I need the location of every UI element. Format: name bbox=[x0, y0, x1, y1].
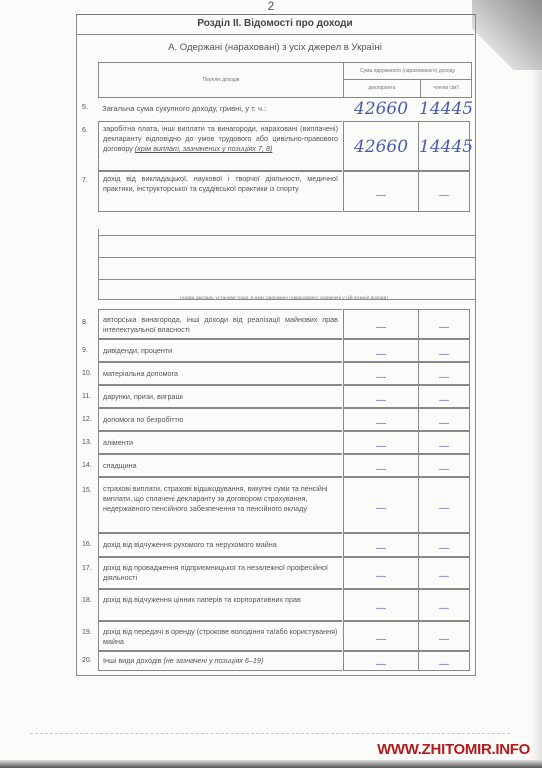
institution-blank-area bbox=[98, 229, 477, 299]
row-number: 20. bbox=[82, 657, 98, 664]
declarant-value: — bbox=[343, 171, 419, 212]
family-value: — bbox=[419, 651, 470, 671]
row-number: 14. bbox=[82, 462, 98, 469]
declarant-value: — bbox=[343, 309, 419, 339]
table-row: 18. дохід від відчуження цінних паперів … bbox=[82, 589, 470, 621]
row-label-note: (не зазначені у позиціях 6–19) bbox=[163, 656, 263, 665]
declarant-value: 42660 bbox=[343, 121, 419, 171]
row-number: 17. bbox=[82, 565, 98, 572]
header-income-sum: Сума одержаного (нарахованого) доходу bbox=[344, 63, 471, 80]
header-family: членів сім'ї bbox=[421, 80, 471, 97]
row-label: дохід від передачі в оренду (строкове во… bbox=[98, 621, 342, 651]
institution-note: (назва закладу, установи тощо, в яких од… bbox=[98, 296, 470, 301]
row-label: аліменти bbox=[98, 431, 342, 454]
declarant-value: — bbox=[343, 557, 419, 589]
table-row: 5. Загальна сума сукупного доходу, гривн… bbox=[82, 98, 470, 120]
row-number: 11. bbox=[82, 393, 98, 400]
subsection-title: А. Одержані (нараховані) з усіх джерел в… bbox=[76, 42, 474, 53]
site-watermark: WWW.ZHITOMIR.INFO bbox=[377, 741, 530, 758]
row-label: заробітна плата, інші виплати та винагор… bbox=[98, 121, 342, 171]
row-number: 10. bbox=[82, 370, 98, 377]
section-title: Розділ II. Відомості про доходи bbox=[76, 14, 474, 35]
row-label: дивіденди, проценти bbox=[98, 339, 342, 362]
table-row: 13. аліменти — — bbox=[82, 431, 470, 454]
family-value: — bbox=[419, 589, 470, 621]
declarant-value: 42660 bbox=[343, 98, 419, 120]
row-number: 12. bbox=[82, 416, 98, 423]
page-edge-shadow bbox=[530, 60, 542, 760]
row-number: 19. bbox=[82, 629, 98, 636]
declarant-value: — bbox=[343, 533, 419, 557]
row-label-text: Інші види доходів bbox=[103, 656, 161, 665]
header-declarant: декларанта bbox=[344, 80, 421, 97]
table-row: 19. дохід від передачі в оренду (строков… bbox=[82, 621, 470, 651]
scanned-document-page: 2 Розділ II. Відомості про доходи А. Оде… bbox=[0, 0, 542, 768]
table-row: 16. дохід від відчуження рухомого та нер… bbox=[82, 533, 470, 557]
family-value: — bbox=[419, 339, 470, 362]
declarant-value: — bbox=[343, 454, 419, 477]
table-row: 10. матеріальна допомога — — bbox=[82, 362, 470, 385]
table-row: 8. авторська винагорода, інші доходи від… bbox=[82, 309, 470, 339]
row-label: Загальна сума сукупного доходу, гривні, … bbox=[98, 98, 342, 120]
table-row: 7. дохід від викладацької, наукової і тв… bbox=[82, 171, 470, 212]
family-value: — bbox=[419, 309, 470, 339]
declarant-value: — bbox=[343, 477, 419, 533]
table-row: 17. дохід від провадження підприємницько… bbox=[82, 557, 470, 589]
table-row: 6. заробітна плата, інші виплати та вина… bbox=[82, 121, 470, 171]
row-number: 18. bbox=[82, 597, 98, 604]
table-row: 20. Інші види доходів (не зазначені у по… bbox=[82, 651, 470, 671]
family-value: — bbox=[419, 385, 470, 408]
declarant-value: — bbox=[343, 621, 419, 651]
row-label-note: (крім виплат, зазначених у позиціях 7, 8… bbox=[135, 144, 272, 153]
row-number: 5. bbox=[82, 104, 98, 111]
row-number: 15. bbox=[82, 487, 98, 494]
row-label: Інші види доходів (не зазначені у позиці… bbox=[98, 651, 342, 671]
family-value: — bbox=[419, 431, 470, 454]
family-value: — bbox=[419, 477, 470, 533]
family-value: — bbox=[419, 362, 470, 385]
table-row: 12. допомога по безробіттю — — bbox=[82, 408, 470, 431]
blank-line bbox=[98, 279, 476, 280]
row-label: дохід від відчуження цінних паперів та к… bbox=[98, 589, 342, 621]
row-label: страхові виплати, страхові відшкодування… bbox=[98, 477, 342, 533]
row-number: 16. bbox=[82, 541, 98, 548]
declarant-value: — bbox=[343, 651, 419, 671]
family-value: — bbox=[419, 621, 470, 651]
row-label: допомога по безробіттю bbox=[98, 408, 342, 431]
row-number: 8. bbox=[82, 319, 98, 326]
scan-artifact-line bbox=[30, 733, 510, 734]
page-number: 2 bbox=[0, 0, 542, 13]
row-label: дохід від відчуження рухомого та нерухом… bbox=[98, 533, 342, 557]
blank-line bbox=[98, 235, 476, 236]
table-header: Перелік доходів Сума одержаного (нарахов… bbox=[98, 62, 472, 98]
family-value: — bbox=[419, 454, 470, 477]
family-value: — bbox=[419, 557, 470, 589]
family-value: — bbox=[419, 171, 470, 212]
family-value: — bbox=[419, 408, 470, 431]
declarant-value: — bbox=[343, 339, 419, 362]
row-number: 13. bbox=[82, 439, 98, 446]
declarant-value: — bbox=[343, 385, 419, 408]
family-value: — bbox=[419, 533, 470, 557]
table-row: 15. страхові виплати, страхові відшкодув… bbox=[82, 477, 470, 533]
row-label: дарунки, призи, виграші bbox=[98, 385, 342, 408]
row-number: 9. bbox=[82, 347, 98, 354]
family-value: 14445 bbox=[419, 98, 470, 120]
row-label: спадщина bbox=[98, 454, 342, 477]
table-row: 14. спадщина — — bbox=[82, 454, 470, 477]
row-label: матеріальна допомога bbox=[98, 362, 342, 385]
row-number: 7. bbox=[82, 177, 98, 184]
table-row: 9. дивіденди, проценти — — bbox=[82, 339, 470, 362]
scan-bottom-edge bbox=[0, 760, 542, 768]
blank-line bbox=[98, 257, 476, 258]
row-label: дохід від викладацької, наукової і творч… bbox=[98, 171, 342, 212]
declarant-value: — bbox=[343, 408, 419, 431]
family-value: 14445 bbox=[419, 121, 470, 171]
row-label: дохід від провадження підприємницької та… bbox=[98, 557, 342, 589]
row-label: авторська винагорода, інші доходи від ре… bbox=[98, 309, 342, 339]
declarant-value: — bbox=[343, 362, 419, 385]
declarant-value: — bbox=[343, 431, 419, 454]
header-income-list: Перелік доходів bbox=[99, 63, 344, 97]
table-row: 11. дарунки, призи, виграші — — bbox=[82, 385, 470, 408]
row-number: 6. bbox=[82, 127, 98, 134]
declarant-value: — bbox=[343, 589, 419, 621]
